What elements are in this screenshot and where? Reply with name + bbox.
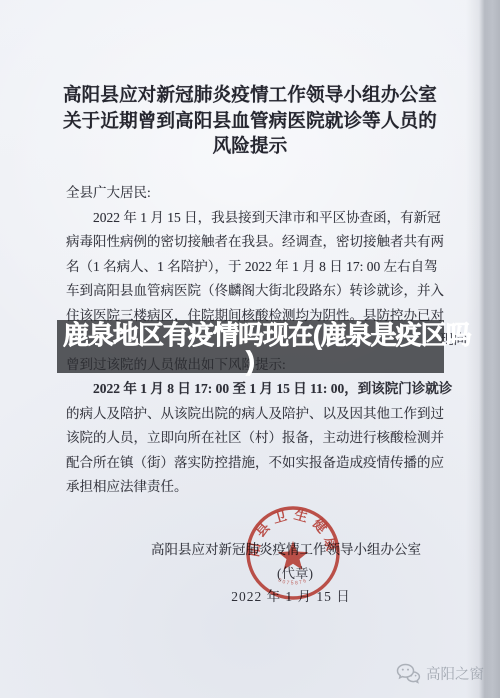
body-line: 配合所在镇（街）落实防控措施，不如实报备造成疫情传播的应 [66,451,444,476]
title-line: 高阳县应对新冠肺炎疫情工作领导小组办公室 [50,84,450,110]
body-line: 2022 年 1 月 15 日，我县接到天津市和平区协查函，有新冠 [66,206,444,231]
watermark-label: 高阳之窗 [426,663,484,684]
screenshot-root: 高阳县应对新冠肺炎疫情工作领导小组办公室 关于近期曾到高阳县血管病医院就诊等人员… [0,0,500,698]
caption-line-2: ) [57,345,444,377]
seal-serial: 0075876 [277,577,308,586]
body-line-salutation: 全县广大居民: [66,181,444,206]
official-seal: 高阳县卫生健康局 0075876 [244,504,342,602]
star-icon [278,541,308,570]
title-line: 风险提示 [50,135,450,161]
document-title: 高阳县应对新冠肺炎疫情工作领导小组办公室 关于近期曾到高阳县血管病医院就诊等人员… [50,84,450,161]
body-line: 该院的人员，立即向所在社区（村）报备，主动进行核酸检测并 [66,426,444,451]
body-line: 车到高阳县血管病医院（佟麟阁大街北段路东）转诊就诊，并入 [66,279,444,304]
body-line: 名（1 名病人、1 名陪护），于 2022 年 1 月 8 日 17: 00 左… [66,255,444,280]
wechat-icon [396,663,421,684]
title-line: 关于近期曾到高阳县血管病医院就诊等人员的 [50,110,450,136]
body-line-bold-datetime: 2022 年 1 月 8 日 17: 00 至 1 月 15 日 11: 00，… [66,377,444,402]
body-line: 的病人及陪护、从该院出院的病人及陪护、以及因其他工作到过 [66,402,444,427]
svg-text:0075876: 0075876 [277,577,308,586]
body-line: 承担相应法律责任。 [66,475,444,500]
watermark: 高阳之窗 [396,661,484,685]
body-line: 病毒阳性病例的密切接触者在我县。经调查，密切接触者共有两 [66,230,444,255]
photo-right-edge [466,0,500,698]
